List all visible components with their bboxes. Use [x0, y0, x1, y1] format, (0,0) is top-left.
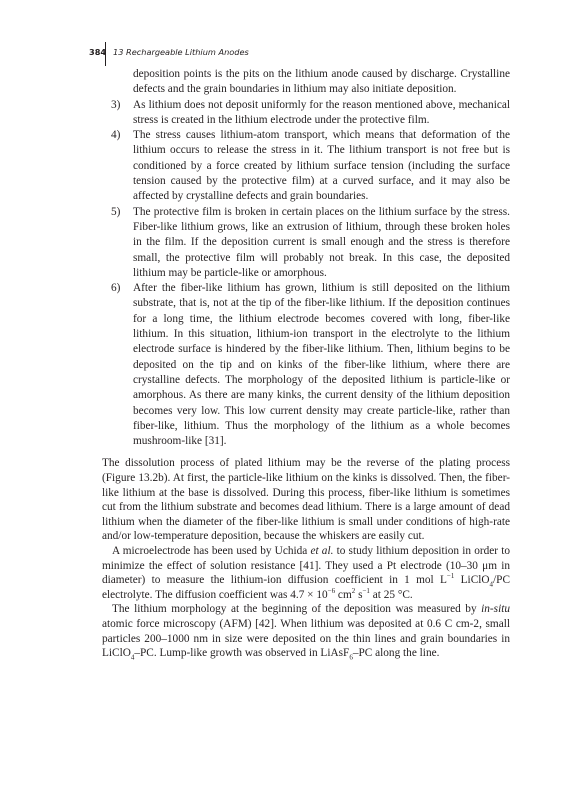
superscript: −6	[328, 587, 335, 595]
page-number: 384	[89, 47, 106, 57]
text-run: LiClO	[454, 574, 489, 586]
list-item: 3) As lithium does not deposit uniformly…	[102, 98, 510, 129]
list-item: 6) After the fiber-like lithium has grow…	[102, 281, 510, 449]
body-text: deposition points is the pits on the lit…	[102, 67, 510, 661]
list-number: 3)	[111, 98, 120, 113]
text-run: cm	[335, 589, 352, 601]
list-number: 5)	[111, 205, 120, 220]
text-run: at 25 °C.	[370, 589, 413, 601]
list-item: 4) The stress causes lithium-atom transp…	[102, 128, 510, 204]
list-item: 5) The protective film is broken in cert…	[102, 205, 510, 281]
paragraph-morphology: The lithium morphology at the beginning …	[102, 602, 510, 660]
list-number: 6)	[111, 281, 120, 296]
running-head: 13 Rechargeable Lithium Anodes	[113, 47, 249, 57]
paragraph-block: The dissolution process of plated lithiu…	[102, 456, 510, 660]
text-run: –PC along the line.	[353, 647, 440, 659]
paragraph-microelectrode: A microelectrode has been used by Uchida…	[102, 544, 510, 602]
list-text: The stress causes lithium-atom transport…	[133, 128, 510, 204]
text-run: A microelectrode has been used by Uchida	[112, 545, 310, 557]
list-number: 4)	[111, 128, 120, 143]
text-italic: et al.	[310, 545, 333, 557]
superscript: −1	[362, 587, 369, 595]
text-italic: in-situ	[481, 603, 510, 615]
list-text: The protective film is broken in certain…	[133, 205, 510, 281]
page-header: 384 13 Rechargeable Lithium Anodes	[0, 42, 566, 66]
header-divider	[105, 42, 106, 66]
list-continuation: deposition points is the pits on the lit…	[102, 67, 510, 98]
paragraph-dissolution: The dissolution process of plated lithiu…	[102, 456, 510, 544]
numbered-list: 3) As lithium does not deposit uniformly…	[102, 98, 510, 450]
text-run: The lithium morphology at the beginning …	[112, 603, 481, 615]
text-run: –PC. Lump-like growth was observed in Li…	[134, 647, 349, 659]
list-text: As lithium does not deposit uniformly fo…	[133, 98, 510, 129]
list-text: After the fiber-like lithium has grown, …	[133, 281, 510, 449]
